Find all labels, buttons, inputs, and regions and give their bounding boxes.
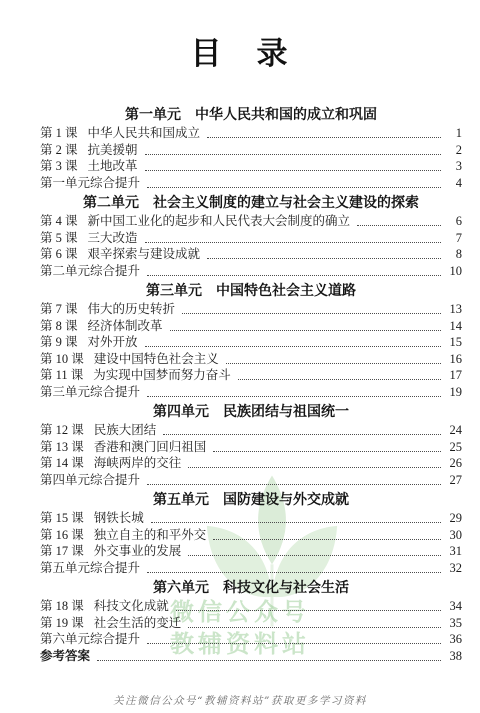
dot-leader bbox=[238, 379, 441, 380]
toc-item: 第 2 课 抗美援朝 2 bbox=[40, 142, 462, 159]
unit-heading: 第一单元 中华人民共和国的成立和巩固 bbox=[40, 104, 462, 124]
lesson-title: 为实现中国梦而努力奋斗 bbox=[93, 367, 231, 384]
lesson-number: 第 12 课 bbox=[40, 422, 84, 439]
dot-leader bbox=[97, 660, 441, 661]
lesson-title: 伟大的历史转折 bbox=[88, 301, 176, 318]
lesson-title: 第二单元综合提升 bbox=[40, 263, 140, 280]
page-number: 34 bbox=[444, 598, 462, 615]
page-number: 25 bbox=[444, 439, 462, 456]
page-number: 3 bbox=[444, 158, 462, 175]
page-number: 36 bbox=[444, 631, 462, 648]
toc-item: 第六单元综合提升 36 bbox=[40, 631, 462, 648]
unit-heading: 第四单元 民族团结与祖国统一 bbox=[40, 401, 462, 421]
dot-leader bbox=[213, 539, 441, 540]
toc-item: 第 16 课 独立自主的和平外交 30 bbox=[40, 527, 462, 544]
footer-note: 关注微信公众号“教辅资料站”获取更多学习资料 bbox=[0, 693, 480, 708]
toc-item: 第三单元综合提升 19 bbox=[40, 384, 462, 401]
dot-leader bbox=[226, 363, 441, 364]
dot-leader bbox=[182, 313, 441, 314]
lesson-number: 第 16 课 bbox=[40, 527, 84, 544]
lesson-title: 钢铁长城 bbox=[94, 510, 144, 527]
toc-item: 第 11 课 为实现中国梦而努力奋斗 17 bbox=[40, 367, 462, 384]
dot-leader bbox=[207, 137, 441, 138]
page-number: 6 bbox=[444, 213, 462, 230]
dot-leader bbox=[207, 258, 441, 259]
unit-heading: 第六单元 科技文化与社会生活 bbox=[40, 577, 462, 597]
toc-item: 第 4 课 新中国工业化的起步和人民代表大会制度的确立 6 bbox=[40, 213, 462, 230]
page-number: 1 bbox=[444, 125, 462, 142]
toc-item: 第 15 课 钢铁长城 29 bbox=[40, 510, 462, 527]
lesson-number: 第 17 课 bbox=[40, 543, 84, 560]
toc-item: 第 9 课 对外开放 15 bbox=[40, 334, 462, 351]
page-number: 14 bbox=[444, 318, 462, 335]
toc-item: 第 17 课 外交事业的发展 31 bbox=[40, 543, 462, 560]
lesson-number: 第 7 课 bbox=[40, 301, 78, 318]
lesson-title: 海峡两岸的交往 bbox=[94, 455, 182, 472]
dot-leader bbox=[188, 467, 441, 468]
toc-item: 第 1 课 中华人民共和国成立 1 bbox=[40, 125, 462, 142]
toc-item: 第 7 课 伟大的历史转折 13 bbox=[40, 301, 462, 318]
lesson-title: 第四单元综合提升 bbox=[40, 472, 140, 489]
page-number: 24 bbox=[444, 422, 462, 439]
dot-leader bbox=[145, 242, 441, 243]
lesson-number: 第 2 课 bbox=[40, 142, 78, 159]
lesson-number: 第 11 课 bbox=[40, 367, 83, 384]
toc-item: 第 6 课 艰辛探索与建设成就 8 bbox=[40, 246, 462, 263]
lesson-title: 土地改革 bbox=[88, 158, 138, 175]
page-number: 8 bbox=[444, 246, 462, 263]
lesson-title: 参考答案 bbox=[40, 648, 90, 665]
page-number: 29 bbox=[444, 510, 462, 527]
lesson-number: 第 4 课 bbox=[40, 213, 78, 230]
dot-leader bbox=[145, 154, 441, 155]
dot-leader bbox=[147, 484, 441, 485]
dot-leader bbox=[188, 627, 441, 628]
page-number: 30 bbox=[444, 527, 462, 544]
lesson-title: 民族大团结 bbox=[94, 422, 157, 439]
page-number: 10 bbox=[444, 263, 462, 280]
toc-item: 第 18 课 科技文化成就 34 bbox=[40, 598, 462, 615]
toc-item: 第四单元综合提升 27 bbox=[40, 472, 462, 489]
lesson-title: 社会生活的变迁 bbox=[94, 615, 182, 632]
page-number: 38 bbox=[444, 648, 462, 665]
lesson-title: 对外开放 bbox=[88, 334, 138, 351]
lesson-title: 艰辛探索与建设成就 bbox=[88, 246, 201, 263]
page-number: 27 bbox=[444, 472, 462, 489]
lesson-number: 第 10 课 bbox=[40, 351, 84, 368]
toc-item: 参考答案 38 bbox=[40, 648, 462, 665]
lesson-number: 第 18 课 bbox=[40, 598, 84, 615]
lesson-number: 第 14 课 bbox=[40, 455, 84, 472]
lesson-title: 第六单元综合提升 bbox=[40, 631, 140, 648]
lesson-title: 经济体制改革 bbox=[88, 318, 163, 335]
toc-item: 第 3 课 土地改革 3 bbox=[40, 158, 462, 175]
dot-leader bbox=[147, 275, 441, 276]
dot-leader bbox=[145, 170, 441, 171]
lesson-title: 新中国工业化的起步和人民代表大会制度的确立 bbox=[88, 213, 351, 230]
dot-leader bbox=[151, 522, 441, 523]
lesson-number: 第 19 课 bbox=[40, 615, 84, 632]
page-number: 2 bbox=[444, 142, 462, 159]
unit-heading: 第三单元 中国特色社会主义道路 bbox=[40, 280, 462, 300]
lesson-number: 第 8 课 bbox=[40, 318, 78, 335]
dot-leader bbox=[147, 572, 441, 573]
page-title: 目 录 bbox=[0, 34, 480, 74]
dot-leader bbox=[147, 187, 441, 188]
dot-leader bbox=[176, 610, 441, 611]
unit-heading: 第二单元 社会主义制度的建立与社会主义建设的探索 bbox=[40, 192, 462, 212]
page-number: 26 bbox=[444, 455, 462, 472]
page-number: 7 bbox=[444, 230, 462, 247]
dot-leader bbox=[188, 555, 441, 556]
page-number: 4 bbox=[444, 175, 462, 192]
lesson-title: 三大改造 bbox=[88, 230, 138, 247]
toc-page: 微信公众号 教辅资料站 目 录 第一单元 中华人民共和国的成立和巩固 第 1 课… bbox=[0, 0, 480, 713]
lesson-title: 第三单元综合提升 bbox=[40, 384, 140, 401]
dot-leader bbox=[147, 643, 441, 644]
toc-list: 第一单元 中华人民共和国的成立和巩固 第 1 课 中华人民共和国成立 1 第 2… bbox=[40, 104, 462, 664]
toc-item: 第 19 课 社会生活的变迁 35 bbox=[40, 615, 462, 632]
lesson-number: 第 1 课 bbox=[40, 125, 78, 142]
lesson-number: 第 13 课 bbox=[40, 439, 84, 456]
page-number: 17 bbox=[444, 367, 462, 384]
page-number: 16 bbox=[444, 351, 462, 368]
page-number: 13 bbox=[444, 301, 462, 318]
lesson-number: 第 15 课 bbox=[40, 510, 84, 527]
toc-item: 第五单元综合提升 32 bbox=[40, 560, 462, 577]
lesson-title: 外交事业的发展 bbox=[94, 543, 182, 560]
toc-item: 第一单元综合提升 4 bbox=[40, 175, 462, 192]
page-number: 31 bbox=[444, 543, 462, 560]
lesson-title: 第五单元综合提升 bbox=[40, 560, 140, 577]
dot-leader bbox=[147, 396, 441, 397]
lesson-title: 独立自主的和平外交 bbox=[94, 527, 207, 544]
lesson-title: 中华人民共和国成立 bbox=[88, 125, 201, 142]
dot-leader bbox=[163, 434, 441, 435]
toc-item: 第 5 课 三大改造 7 bbox=[40, 230, 462, 247]
dot-leader bbox=[145, 346, 441, 347]
lesson-title: 科技文化成就 bbox=[94, 598, 169, 615]
toc-item: 第 12 课 民族大团结 24 bbox=[40, 422, 462, 439]
dot-leader bbox=[357, 225, 441, 226]
lesson-title: 抗美援朝 bbox=[88, 142, 138, 159]
lesson-number: 第 3 课 bbox=[40, 158, 78, 175]
dot-leader bbox=[213, 451, 441, 452]
toc-item: 第 8 课 经济体制改革 14 bbox=[40, 318, 462, 335]
lesson-number: 第 9 课 bbox=[40, 334, 78, 351]
toc-item: 第 13 课 香港和澳门回归祖国 25 bbox=[40, 439, 462, 456]
page-number: 19 bbox=[444, 384, 462, 401]
dot-leader bbox=[170, 330, 441, 331]
lesson-number: 第 6 课 bbox=[40, 246, 78, 263]
lesson-number: 第 5 课 bbox=[40, 230, 78, 247]
lesson-title: 香港和澳门回归祖国 bbox=[94, 439, 207, 456]
lesson-title: 第一单元综合提升 bbox=[40, 175, 140, 192]
lesson-title: 建设中国特色社会主义 bbox=[94, 351, 219, 368]
toc-item: 第 14 课 海峡两岸的交往 26 bbox=[40, 455, 462, 472]
toc-item: 第 10 课 建设中国特色社会主义 16 bbox=[40, 351, 462, 368]
unit-heading: 第五单元 国防建设与外交成就 bbox=[40, 489, 462, 509]
toc-item: 第二单元综合提升 10 bbox=[40, 263, 462, 280]
page-number: 35 bbox=[444, 615, 462, 632]
page-number: 32 bbox=[444, 560, 462, 577]
page-number: 15 bbox=[444, 334, 462, 351]
